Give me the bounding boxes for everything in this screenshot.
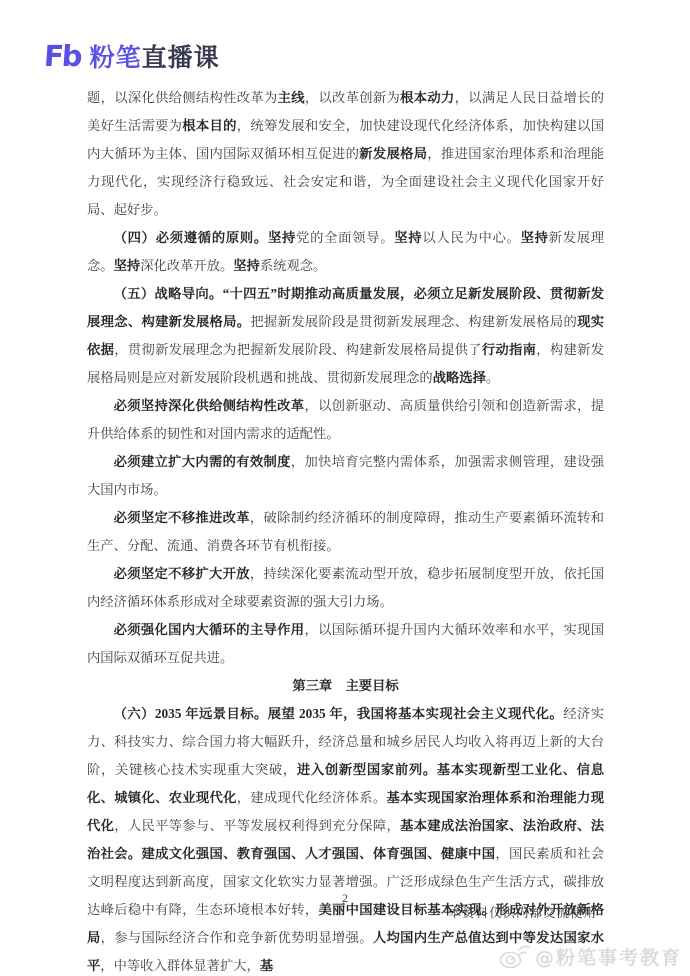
paragraph: （四）必须遵循的原则。坚持党的全面领导。坚持以人民为中心。坚持新发展理念。坚持深…	[87, 224, 604, 280]
document-page: Fb 粉笔 直播课 题，以深化供给侧结构性改革为主线，以改革创新为根本动力，以满…	[0, 0, 690, 976]
watermark-text: @粉笔事考教育	[535, 943, 682, 970]
paragraph: 必须建立扩大内需的有效制度，加快培育完整内需体系，加强需求侧管理，建设强大国内市…	[87, 448, 604, 504]
paragraph: 必须强化国内大循环的主导作用，以国际循环提升国内大循环效率和水平，实现国内国际双…	[87, 616, 604, 672]
paragraph: （六）2035 年远景目标。展望 2035 年，我国将基本实现社会主义现代化。经…	[87, 700, 604, 976]
weibo-icon	[499, 943, 531, 970]
logo-product-text: 直播课	[142, 38, 220, 74]
chapter-heading: 第三章 主要目标	[87, 672, 604, 700]
fenbi-logo: Fb 粉笔 直播课	[44, 40, 220, 72]
logo-brand-text: 粉笔	[90, 38, 142, 74]
weibo-watermark: @粉笔事考教育	[499, 943, 682, 970]
paragraph: 必须坚定不移扩大开放，持续深化要素流动型开放，稳步拓展制度型开放，依托国内经济循…	[87, 560, 604, 616]
paragraph: 题，以深化供给侧结构性改革为主线，以改革创新为根本动力，以满足人民日益增长的美好…	[87, 84, 604, 224]
paragraph: 必须坚持深化供给侧结构性改革，以创新驱动、高质量供给引领和创造新需求，提升供给体…	[87, 392, 604, 448]
fenbi-logo-icon: Fb	[43, 42, 82, 71]
paragraph: （五）战略导向。“十四五”时期推动高质量发展，必须立足新发展阶段、贯彻新发展理念…	[87, 280, 604, 392]
document-body: 题，以深化供给侧结构性改革为主线，以改革创新为根本动力，以满足人民日益增长的美好…	[87, 84, 604, 976]
footer-note: 本资料仅供内部交流使用	[448, 903, 597, 921]
paragraph: 必须坚定不移推进改革，破除制约经济循环的制度障碍，推动生产要素循环流转和生产、分…	[87, 504, 604, 560]
